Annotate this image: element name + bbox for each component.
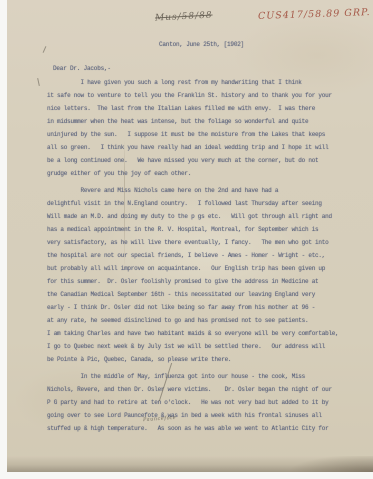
- scan-margin-bottom: [0, 472, 373, 479]
- letter-line: grudge either of you the joy of each oth…: [47, 167, 367, 180]
- letter-line: uninjured by the sun. I suppose it must …: [47, 128, 367, 141]
- paper-crease: [124, 140, 125, 270]
- letter-line: be Pointe à Pic, Quebec, Canada, so plea…: [47, 353, 367, 366]
- letter-line: going over to see Lord Pauncefote & was …: [47, 409, 367, 422]
- letter-line: the Canadian Medical September 16th - th…: [47, 288, 367, 301]
- letter-line: very satisfactory, as he will live there…: [47, 236, 367, 249]
- letter-paragraph: Revere and Miss Nichols came here on the…: [47, 184, 367, 366]
- letter-page: Mus/58/88 CUS417/58.89 GRP. Canton, June…: [7, 0, 373, 472]
- letter-line: but probably all will improve on acquain…: [47, 262, 367, 275]
- letter-salutation: Dear Dr. Jacobs,-: [53, 65, 111, 72]
- pencil-reference-annotation: Mus/58/88: [155, 10, 213, 23]
- red-ink-reference-annotation: CUS417/58.89 GRP.: [258, 7, 371, 22]
- letter-line: I go to Quebec next week & by July 1st w…: [47, 340, 367, 353]
- letter-line: early - I think Dr. Osler did not like b…: [47, 301, 367, 314]
- letter-line: Nichols, Revere, and then Dr. Osler were…: [47, 383, 367, 396]
- letter-line: all so green. I think you have really ha…: [47, 141, 367, 154]
- letter-body: I have given you such a long rest from m…: [47, 76, 367, 439]
- letter-line: for this summer. Dr. Osler foolishly pro…: [47, 275, 367, 288]
- letter-line: P G party and had to retire at ten o'clo…: [47, 396, 367, 409]
- letter-dateline: Canton, June 25th, [1902]: [159, 41, 244, 48]
- letter-line: Will made an M.D. and doing my duty to t…: [47, 210, 367, 223]
- letter-line: delightful visit in the N.England countr…: [47, 197, 367, 210]
- letter-paragraph: I have given you such a long rest from m…: [47, 76, 367, 180]
- letter-line: stuffed up & high temperature. As soon a…: [47, 422, 367, 435]
- letter-line: In the middle of May, influenza got into…: [47, 370, 367, 383]
- letter-line: I have given you such a long rest from m…: [47, 76, 367, 89]
- letter-line: at any rate, he seemed disinclined to go…: [47, 314, 367, 327]
- letter-line: I am taking Charles and have two habitan…: [47, 327, 367, 340]
- letter-paragraph: In the middle of May, influenza got into…: [47, 370, 367, 435]
- pencil-margin-tick: [37, 78, 40, 86]
- scan-margin-left: [0, 0, 7, 479]
- letter-line: in midsummer when the heat was intense, …: [47, 115, 367, 128]
- pencil-margin-tick: [43, 46, 47, 53]
- letter-line: Revere and Miss Nichols came here on the…: [47, 184, 367, 197]
- letter-line: nice letters. The last from the Italian …: [47, 102, 367, 115]
- letter-line: it safe now to venture to tell you the F…: [47, 89, 367, 102]
- letter-line: be a long continued one. We have missed …: [47, 154, 367, 167]
- letter-line: has a medical appointment in the R. V. H…: [47, 223, 367, 236]
- scanned-letter-screenshot: Mus/58/88 CUS417/58.89 GRP. Canton, June…: [0, 0, 373, 479]
- letter-line: the hospital are not our special friends…: [47, 249, 367, 262]
